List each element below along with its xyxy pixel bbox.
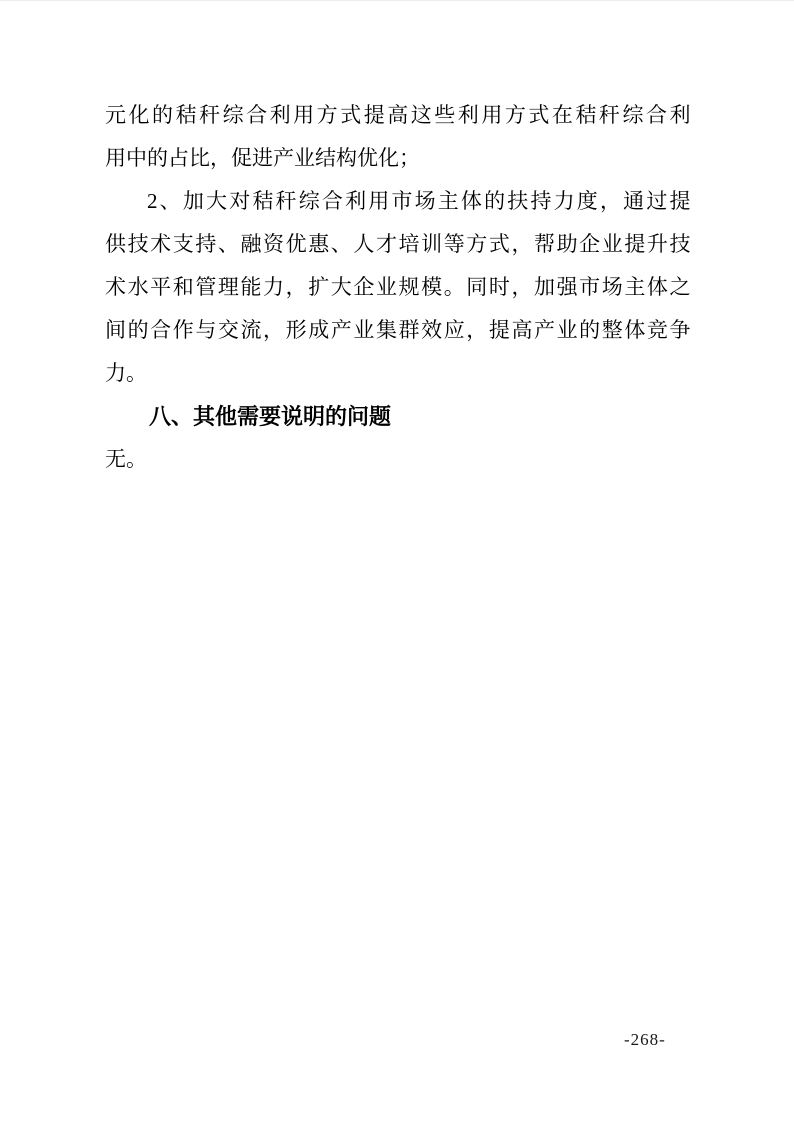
document-page: 元化的秸秆综合利用方式提高这些利用方式在秸秆综合利 用中的占比，促进产业结构优化… xyxy=(0,0,794,1122)
paragraph: 无。 xyxy=(105,438,691,481)
document-body: 元化的秸秆综合利用方式提高这些利用方式在秸秆综合利 用中的占比，促进产业结构优化… xyxy=(105,94,691,481)
body-line: 间的合作与交流，形成产业集群效应，提高产业的整体竞争 xyxy=(105,309,691,352)
section-heading: 八、其他需要说明的问题 xyxy=(105,395,691,438)
page-top-edge xyxy=(0,0,794,1)
page-number: -268- xyxy=(624,1029,666,1051)
body-line: 力。 xyxy=(105,352,691,395)
body-line: 元化的秸秆综合利用方式提高这些利用方式在秸秆综合利 xyxy=(105,94,691,137)
body-line: 术水平和管理能力，扩大企业规模。同时，加强市场主体之 xyxy=(105,266,691,309)
body-line: 2、加大对秸秆综合利用市场主体的扶持力度，通过提 xyxy=(105,180,691,223)
paragraph: 元化的秸秆综合利用方式提高这些利用方式在秸秆综合利 用中的占比，促进产业结构优化… xyxy=(105,94,691,180)
body-line: 用中的占比，促进产业结构优化； xyxy=(105,137,691,180)
paragraph: 2、加大对秸秆综合利用市场主体的扶持力度，通过提 供技术支持、融资优惠、人才培训… xyxy=(105,180,691,395)
body-line: 供技术支持、融资优惠、人才培训等方式，帮助企业提升技 xyxy=(105,223,691,266)
